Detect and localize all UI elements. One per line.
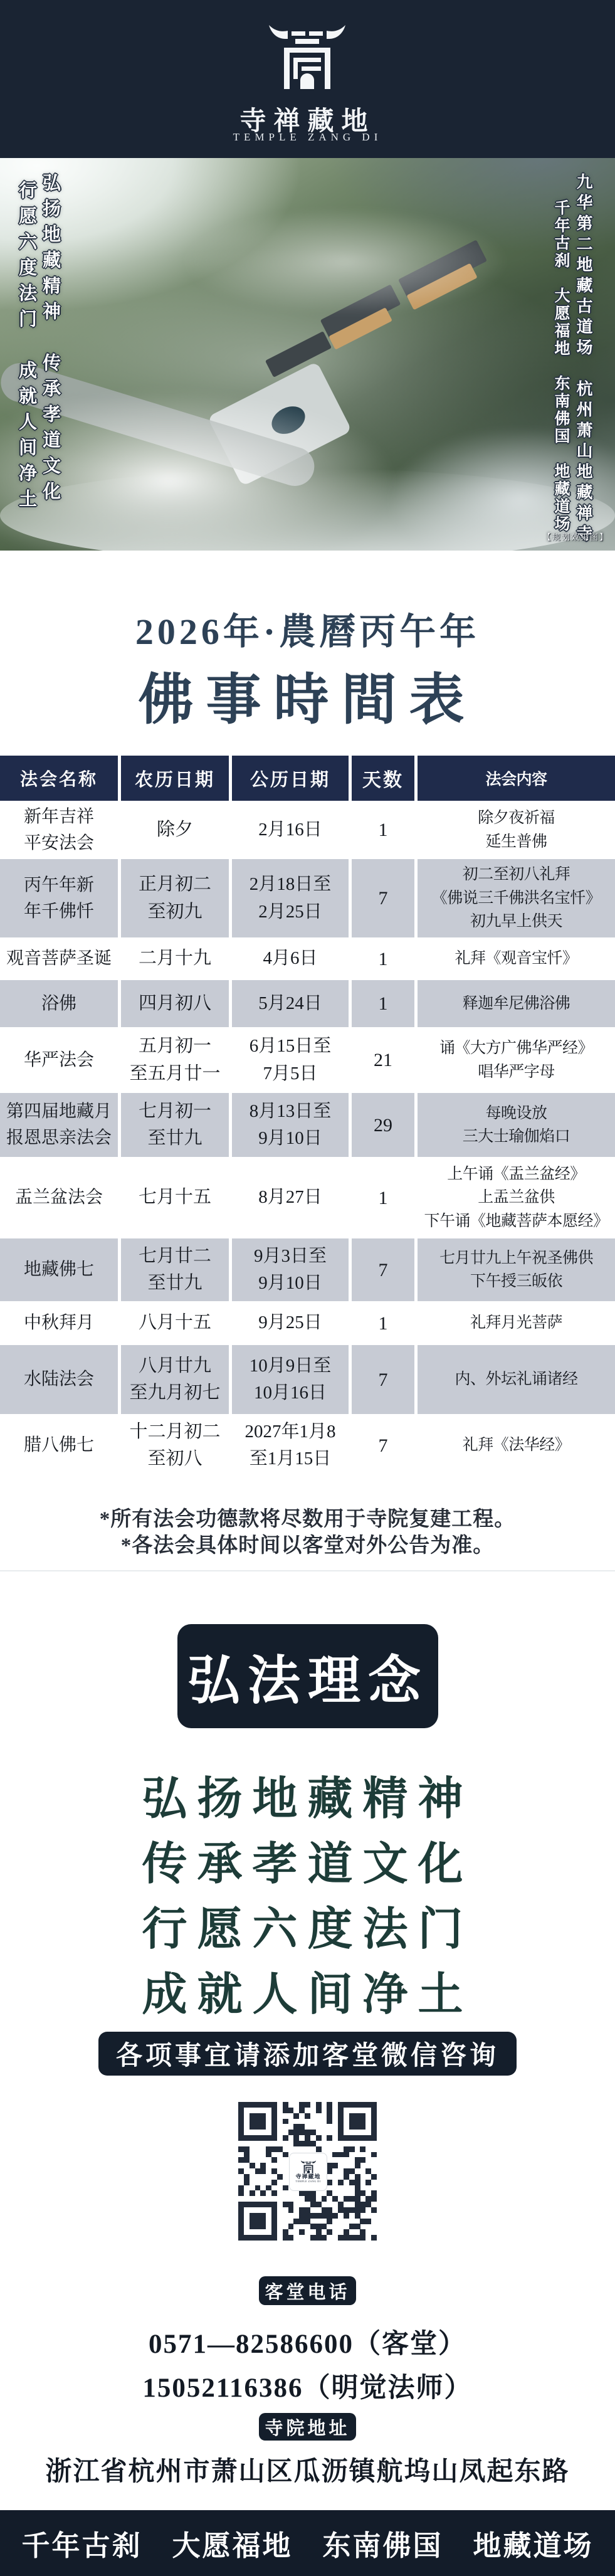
qr-module <box>371 2119 377 2125</box>
qr-module <box>288 2224 294 2229</box>
qr-module <box>316 2213 322 2219</box>
qr-module <box>360 2146 365 2152</box>
qr-module <box>266 2146 271 2152</box>
phone-number-reception: 0571—82586600（客堂） <box>0 2323 615 2361</box>
qr-module <box>299 2229 305 2235</box>
table-cell: 7 <box>352 1238 414 1301</box>
qr-module <box>327 2229 332 2235</box>
qr-module <box>255 2135 261 2141</box>
table-cell: 1 <box>352 1157 414 1238</box>
table-cell: 每晚设放 三大士瑜伽焰口 <box>418 1093 615 1157</box>
qr-module <box>310 2141 316 2146</box>
table-cell: 地藏佛七 <box>0 1238 118 1301</box>
qr-module <box>371 2152 377 2158</box>
table-header-cell: 天数 <box>352 756 414 801</box>
qr-module <box>338 2180 344 2185</box>
qr-module <box>244 2135 250 2141</box>
qr-module <box>371 2130 377 2135</box>
table-cell: 5月24日 <box>232 980 349 1027</box>
qr-module <box>277 2146 283 2152</box>
qr-module <box>355 2157 360 2163</box>
qr-module <box>327 2190 332 2196</box>
qr-module <box>360 2157 365 2163</box>
qr-module <box>271 2124 277 2130</box>
qr-module <box>250 2135 255 2141</box>
qr-module <box>338 2130 344 2135</box>
qr-module <box>238 2190 244 2196</box>
qr-module <box>288 2130 294 2135</box>
qr-module <box>355 2207 360 2213</box>
qr-module <box>349 2180 355 2185</box>
qr-module <box>310 2224 316 2229</box>
qr-module <box>349 2119 355 2125</box>
qr-module <box>250 2102 255 2108</box>
qr-module <box>338 2207 344 2213</box>
qr-module <box>266 2185 271 2191</box>
qr-module <box>371 2124 377 2130</box>
qr-module <box>305 2190 310 2196</box>
qr-module <box>250 2124 255 2130</box>
qr-module <box>360 2229 365 2235</box>
qr-module <box>344 2146 349 2152</box>
table-cell: 诵《大方广佛华严经》 唱华严字母 <box>418 1027 615 1093</box>
qr-module <box>355 2102 360 2108</box>
qr-module <box>344 2229 349 2235</box>
philosophy-line: 弘扬地藏精神 <box>0 1762 615 1827</box>
qr-module <box>250 2113 255 2119</box>
table-cell: 浴佛 <box>0 980 118 1027</box>
qr-logo-icon <box>300 2160 317 2174</box>
qr-module <box>293 2135 299 2141</box>
qr-module <box>238 2207 244 2213</box>
qr-logo-subtitle: TEMPLE ZANG DI <box>296 2180 321 2183</box>
qr-module <box>365 2102 371 2108</box>
qr-module <box>371 2113 377 2119</box>
qr-module <box>349 2102 355 2108</box>
qr-module <box>299 2124 305 2130</box>
qr-module <box>260 2224 266 2229</box>
qr-module <box>299 2213 305 2219</box>
vertical-motto-left-outer: 弘扬地藏精神 传承孝道文化 <box>38 173 63 507</box>
qr-module <box>244 2180 250 2185</box>
qr-module <box>255 2119 261 2125</box>
qr-module <box>332 2163 338 2168</box>
table-cell: 9月25日 <box>232 1301 349 1345</box>
qr-module <box>305 2135 310 2141</box>
table-cell: 七月初一 至廿九 <box>121 1093 229 1157</box>
qr-module <box>271 2119 277 2125</box>
qr-module <box>255 2235 261 2241</box>
address-badge: 寺院地址 <box>259 2413 356 2441</box>
table-cell: 8月13日至 9月10日 <box>232 1093 349 1157</box>
qr-module <box>365 2196 371 2202</box>
qr-module <box>271 2190 277 2196</box>
qr-module <box>288 2235 294 2241</box>
qr-module <box>327 2113 332 2119</box>
qr-module <box>310 2190 316 2196</box>
qr-module <box>371 2235 377 2241</box>
qr-module <box>344 2235 349 2241</box>
qr-module <box>283 2235 288 2241</box>
qr-module <box>255 2224 261 2229</box>
qr-module <box>250 2163 255 2168</box>
phone-badge: 客堂电话 <box>259 2276 356 2305</box>
qr-module <box>371 2102 377 2108</box>
hero-header: 寺禅藏地 TEMPLE ZANG DI <box>0 0 615 158</box>
qr-module <box>260 2124 266 2130</box>
qr-module <box>293 2113 299 2119</box>
qr-module <box>316 2146 322 2152</box>
qr-module <box>283 2135 288 2141</box>
qr-module <box>260 2202 266 2207</box>
qr-module <box>327 2102 332 2108</box>
table-cell: 水陆法会 <box>0 1345 118 1414</box>
qr-module <box>288 2202 294 2207</box>
qr-module <box>349 2113 355 2119</box>
qr-module <box>355 2135 360 2141</box>
qr-module <box>255 2202 261 2207</box>
qr-module <box>305 2219 310 2224</box>
qr-module <box>344 2102 349 2108</box>
qr-module <box>271 2135 277 2141</box>
qr-module <box>260 2119 266 2125</box>
qr-module <box>349 2196 355 2202</box>
qr-module <box>360 2124 365 2130</box>
table-cell: 除夕夜祈福 延生普佛 <box>418 801 615 859</box>
philosophy-line: 传承孝道文化 <box>0 1827 615 1892</box>
qr-module <box>316 2229 322 2235</box>
table-cell: 七月廿二 至廿九 <box>121 1238 229 1301</box>
temple-logo-icon <box>266 24 348 93</box>
qr-module <box>266 2135 271 2141</box>
qr-module <box>322 2224 327 2229</box>
qr-module <box>260 2190 266 2196</box>
temple-name-latin: TEMPLE ZANG DI <box>0 131 615 144</box>
qr-module <box>344 2207 349 2213</box>
qr-module <box>349 2124 355 2130</box>
temple-aerial-photo: 行愿六度法门 成就人间净土 弘扬地藏精神 传承孝道文化 九华第二地藏古道场 杭州… <box>0 158 615 551</box>
qr-module <box>244 2146 250 2152</box>
qr-module <box>266 2152 271 2158</box>
qr-module <box>327 2135 332 2141</box>
qr-module <box>360 2102 365 2108</box>
qr-module <box>327 2180 332 2185</box>
table-cell: 9月3日至 9月10日 <box>232 1238 349 1301</box>
qr-module <box>338 2135 344 2141</box>
table-cell: 初二至初八礼拜 《佛说三千佛洪名宝忏》 初九早上供天 <box>418 859 615 937</box>
qr-module <box>371 2196 377 2202</box>
qr-module <box>271 2130 277 2135</box>
qr-module <box>266 2102 271 2108</box>
qr-module <box>344 2135 349 2141</box>
qr-module <box>305 2141 310 2146</box>
qr-module <box>244 2174 250 2180</box>
footnote-funds: *所有法会功德款将尽数用于寺院复建工程。 <box>0 1502 615 1532</box>
qr-module <box>250 2224 255 2229</box>
qr-module <box>238 2168 244 2174</box>
qr-module <box>349 2235 355 2241</box>
poster-title-year: 2026年·農曆丙午年 <box>0 602 615 655</box>
qr-module <box>355 2185 360 2191</box>
qr-module <box>238 2102 244 2108</box>
qr-module <box>355 2180 360 2185</box>
table-cell: 6月15日至 7月5日 <box>232 1027 349 1093</box>
table-cell: 中秋拜月 <box>0 1301 118 1345</box>
qr-module <box>332 2152 338 2158</box>
qr-module <box>244 2102 250 2108</box>
qr-module <box>283 2102 288 2108</box>
qr-module <box>288 2207 294 2213</box>
table-cell: 7 <box>352 1414 414 1477</box>
qr-module <box>244 2235 250 2241</box>
qr-module <box>238 2119 244 2125</box>
qr-module <box>244 2202 250 2207</box>
table-cell: 四月初八 <box>121 980 229 1027</box>
table-cell: 上午诵《盂兰盆经》 上盂兰盆供 下午诵《地藏菩萨本愿经》 <box>418 1157 615 1238</box>
qr-module <box>322 2207 327 2213</box>
qr-module <box>271 2108 277 2113</box>
vertical-motto-right-inner: 千年古刹 大愿福地 东南佛国 地藏道场 <box>549 199 572 533</box>
qr-module <box>238 2135 244 2141</box>
qr-module <box>255 2213 261 2219</box>
table-cell: 10月9日至 10月16日 <box>232 1345 349 1414</box>
qr-module <box>349 2135 355 2141</box>
qr-module <box>260 2168 266 2174</box>
qr-module <box>327 2219 332 2224</box>
qr-module <box>305 2113 310 2119</box>
qr-module <box>260 2219 266 2224</box>
qr-module <box>360 2190 365 2196</box>
table-cell: 七月十五 <box>121 1157 229 1238</box>
qr-module <box>310 2196 316 2202</box>
qr-module <box>344 2152 349 2158</box>
table-cell: 五月初一 至五月廿一 <box>121 1027 229 1093</box>
phone-number-master: 15052116386（明觉法师） <box>0 2367 615 2405</box>
qr-module <box>283 2202 288 2207</box>
table-cell: 7 <box>352 1345 414 1414</box>
table-cell: 八月十五 <box>121 1301 229 1345</box>
qr-module <box>327 2168 332 2174</box>
qr-module <box>310 2235 316 2241</box>
qr-module <box>365 2180 371 2185</box>
qr-module <box>250 2119 255 2125</box>
table-cell: 十二月初二 至初八 <box>121 1414 229 1477</box>
qr-module <box>371 2108 377 2113</box>
qr-module <box>316 2202 322 2207</box>
table-cell: 腊八佛七 <box>0 1414 118 1477</box>
table-cell: 1 <box>352 937 414 980</box>
qr-module <box>250 2219 255 2224</box>
qr-module <box>271 2207 277 2213</box>
qr-module <box>327 2213 332 2219</box>
qr-module <box>338 2113 344 2119</box>
qr-module <box>299 2130 305 2135</box>
qr-module <box>250 2235 255 2241</box>
qr-module <box>271 2229 277 2235</box>
footer-slogan-bar: 千年古刹 大愿福地 东南佛国 地藏道场 <box>0 2510 615 2576</box>
table-cell: 观音菩萨圣诞 <box>0 937 118 980</box>
qr-module <box>266 2202 271 2207</box>
qr-module <box>310 2130 316 2135</box>
footnote-schedule: *各法会具体时间以客堂对外公告为准。 <box>0 1529 615 1558</box>
qr-module <box>271 2113 277 2119</box>
qr-module <box>327 2207 332 2213</box>
vertical-motto-right-outer: 九华第二地藏古道场 杭州萧山地藏禅寺 <box>572 173 595 546</box>
table-cell: 八月廿九 至九月初七 <box>121 1345 229 1414</box>
qr-module <box>360 2113 365 2119</box>
qr-module <box>266 2235 271 2241</box>
footer-slogan: 千年古刹 大愿福地 东南佛国 地藏道场 <box>21 2523 593 2563</box>
qr-module <box>299 2190 305 2196</box>
temple-address: 浙江省杭州市萧山区瓜沥镇航坞山凤起东路 <box>0 2451 615 2488</box>
qr-module <box>299 2141 305 2146</box>
qr-module <box>349 2168 355 2174</box>
qr-module <box>260 2213 266 2219</box>
qr-module <box>316 2102 322 2108</box>
qr-module <box>327 2108 332 2113</box>
philosophy-line: 成就人间净土 <box>0 1958 615 2023</box>
qr-module <box>271 2202 277 2207</box>
wechat-notice-bar: 各项事宜请添加客堂微信咨询 <box>98 2032 517 2076</box>
qr-module <box>349 2207 355 2213</box>
table-header-cell: 法会内容 <box>418 756 615 801</box>
qr-module <box>271 2146 277 2152</box>
qr-module <box>355 2113 360 2119</box>
qr-module <box>355 2119 360 2125</box>
qr-module <box>305 2207 310 2213</box>
qr-module <box>299 2102 305 2108</box>
qr-module <box>255 2102 261 2108</box>
qr-module <box>349 2146 355 2152</box>
qr-module <box>371 2174 377 2180</box>
qr-module <box>293 2141 299 2146</box>
qr-module <box>305 2196 310 2202</box>
section-divider <box>0 1570 615 1571</box>
qr-module <box>271 2224 277 2229</box>
qr-module <box>260 2135 266 2141</box>
qr-module <box>316 2108 322 2113</box>
qr-module <box>293 2124 299 2130</box>
table-cell: 第四届地藏月 报恩思亲法会 <box>0 1093 118 1157</box>
qr-module <box>238 2229 244 2235</box>
qr-module <box>332 2196 338 2202</box>
qr-module <box>255 2124 261 2130</box>
qr-module <box>250 2213 255 2219</box>
qr-module <box>355 2163 360 2168</box>
qr-module <box>355 2196 360 2202</box>
table-cell: 4月6日 <box>232 937 349 980</box>
table-cell: 1 <box>352 980 414 1027</box>
table-cell: 内、外坛礼诵诸经 <box>418 1345 615 1414</box>
qr-module <box>344 2213 349 2219</box>
qr-module <box>250 2202 255 2207</box>
table-cell: 除夕 <box>121 801 229 859</box>
qr-module <box>238 2146 244 2152</box>
qr-module <box>355 2202 360 2207</box>
qr-module <box>344 2174 349 2180</box>
qr-module <box>360 2119 365 2125</box>
poster-title-main: 佛事時間表 <box>0 656 615 735</box>
table-cell: 礼拜《观音宝忏》 <box>418 937 615 980</box>
qr-module <box>371 2190 377 2196</box>
table-cell: 华严法会 <box>0 1027 118 1093</box>
table-cell: 二月十九 <box>121 937 229 980</box>
qr-module <box>327 2163 332 2168</box>
qr-module <box>283 2229 288 2235</box>
table-header-cell: 法会名称 <box>0 756 118 801</box>
qr-module <box>283 2119 288 2125</box>
fog-overlay <box>182 208 508 315</box>
qr-module <box>271 2180 277 2185</box>
philosophy-line: 行愿六度法门 <box>0 1892 615 1958</box>
qr-module <box>344 2196 349 2202</box>
qr-module <box>332 2213 338 2219</box>
qr-module <box>271 2157 277 2163</box>
qr-module <box>299 2108 305 2113</box>
qr-module <box>271 2168 277 2174</box>
qr-module <box>355 2124 360 2130</box>
vertical-motto-left-inner: 行愿六度法门 成就人间净土 <box>14 181 39 515</box>
qr-module <box>260 2163 266 2168</box>
qr-module <box>360 2207 365 2213</box>
qr-module <box>271 2213 277 2219</box>
qr-module <box>238 2124 244 2130</box>
qr-module <box>338 2119 344 2125</box>
qr-module <box>299 2219 305 2224</box>
poster-page: 寺禅藏地 TEMPLE ZANG DI 行愿六度法门 成就人间净土 弘扬地藏精神… <box>0 0 615 2576</box>
qr-module <box>255 2113 261 2119</box>
table-header-cell: 农历日期 <box>121 756 229 801</box>
qr-module <box>365 2202 371 2207</box>
qr-module <box>299 2207 305 2213</box>
qr-module <box>310 2213 316 2219</box>
qr-module <box>360 2219 365 2224</box>
qr-module <box>355 2235 360 2241</box>
table-cell: 礼拜月光菩萨 <box>418 1301 615 1345</box>
qr-module <box>327 2119 332 2125</box>
qr-module <box>360 2235 365 2241</box>
qr-module <box>271 2235 277 2241</box>
qr-module <box>238 2213 244 2219</box>
qr-module <box>238 2130 244 2135</box>
qr-module <box>338 2202 344 2207</box>
qr-module <box>250 2190 255 2196</box>
qr-module <box>277 2174 283 2180</box>
qr-module <box>244 2157 250 2163</box>
qr-module <box>238 2235 244 2241</box>
table-cell: 2027年1月8 至1月15日 <box>232 1414 349 1477</box>
qr-module <box>316 2235 322 2241</box>
qr-module <box>255 2219 261 2224</box>
table-cell: 8月27日 <box>232 1157 349 1238</box>
qr-module <box>316 2224 322 2229</box>
qr-module <box>360 2202 365 2207</box>
qr-module <box>283 2108 288 2113</box>
qr-center-logo: 寺禅藏地 TEMPLE ZANG DI <box>289 2153 327 2191</box>
qr-module <box>355 2174 360 2180</box>
qr-module <box>349 2224 355 2229</box>
table-cell: 2月16日 <box>232 801 349 859</box>
table-cell: 21 <box>352 1027 414 1093</box>
qr-module <box>244 2152 250 2158</box>
qr-module <box>322 2196 327 2202</box>
qr-module <box>238 2157 244 2163</box>
table-cell: 1 <box>352 801 414 859</box>
qr-module <box>288 2108 294 2113</box>
qr-module <box>355 2213 360 2219</box>
qr-module <box>255 2168 261 2174</box>
table-cell: 7 <box>352 859 414 937</box>
